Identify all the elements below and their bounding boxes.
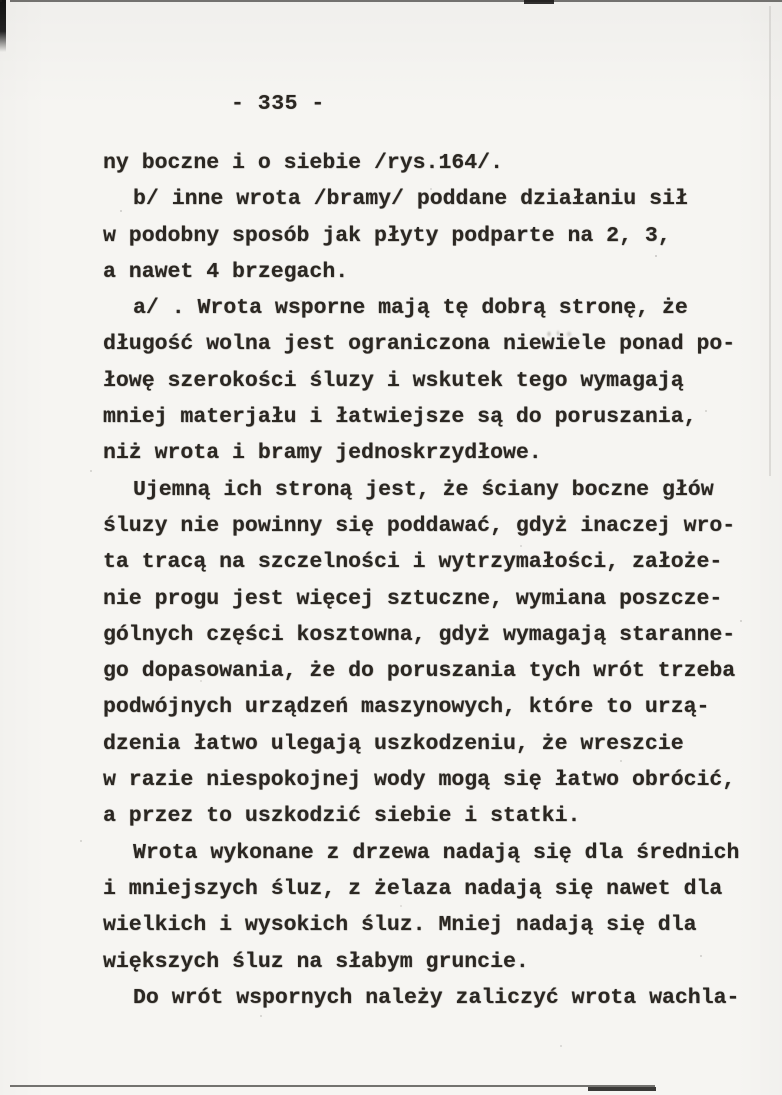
text-line: go dopasowania, że do poruszania tych wr… — [103, 653, 763, 689]
scan-edge-bottom-mark — [588, 1087, 656, 1091]
scan-edge-top-mark — [524, 0, 554, 4]
text-line: nie progu jest więcej sztuczne, wymiana … — [103, 581, 763, 617]
text-line: gólnych części kosztowna, gdyż wymagają … — [103, 617, 763, 653]
text-line: ta tracą na szczelności i wytrzymałości,… — [103, 544, 763, 580]
text-line: niż wrota i bramy jednoskrzydłowe. — [103, 435, 763, 471]
text-line: ny boczne i o siebie /rys.164/. — [103, 145, 763, 181]
text-line: a/ . Wrota wsporne mają tę dobrą stronę,… — [103, 290, 763, 326]
text-line: podwójnych urządzeń maszynowych, które t… — [103, 689, 763, 725]
text-line: b/ inne wrota /bramy/ poddane działaniu … — [103, 181, 763, 217]
text-line: Do wrót wspornych należy zaliczyć wrota … — [103, 980, 763, 1016]
scan-edge-top — [10, 0, 782, 2]
text-line: Ujemną ich stroną jest, że ściany boczne… — [103, 472, 763, 508]
page-number: - 335 - — [231, 92, 325, 116]
scan-edge-right — [769, 6, 771, 476]
text-line: Wrota wykonane z drzewa nadają się dla ś… — [103, 835, 763, 871]
text-line: w razie niespokojnej wody mogą się łatwo… — [103, 762, 763, 798]
text-line: a przez to uszkodzić siebie i statki. — [103, 798, 763, 834]
text-line: i mniejszych śluz, z żelaza nadają się n… — [103, 871, 763, 907]
paper-speckles — [0, 0, 2, 2]
text-line: łowę szerokości śluzy i wskutek tego wym… — [103, 363, 763, 399]
text-line: większych śluz na słabym gruncie. — [103, 944, 763, 980]
scanned-page: - 335 - ny boczne i o siebie /rys.164/. … — [0, 0, 782, 1095]
text-line: wielkich i wysokich śluz. Mniej nadają s… — [103, 907, 763, 943]
text-line: śluzy nie powinny się poddawać, gdyż ina… — [103, 508, 763, 544]
text-line: w podobny sposób jak płyty podparte na 2… — [103, 218, 763, 254]
body-text: ny boczne i o siebie /rys.164/. b/ inne … — [103, 145, 763, 1016]
scan-edge-bottom — [10, 1085, 655, 1087]
text-line: mniej materjału i łatwiejsze są do porus… — [103, 399, 763, 435]
text-line: długość wolna jest ograniczona niewiele … — [103, 326, 763, 362]
scan-corner-mark — [0, 0, 6, 52]
text-line: dzenia łatwo ulegają uszkodzeniu, że wre… — [103, 726, 763, 762]
text-line: a nawet 4 brzegach. — [103, 254, 763, 290]
